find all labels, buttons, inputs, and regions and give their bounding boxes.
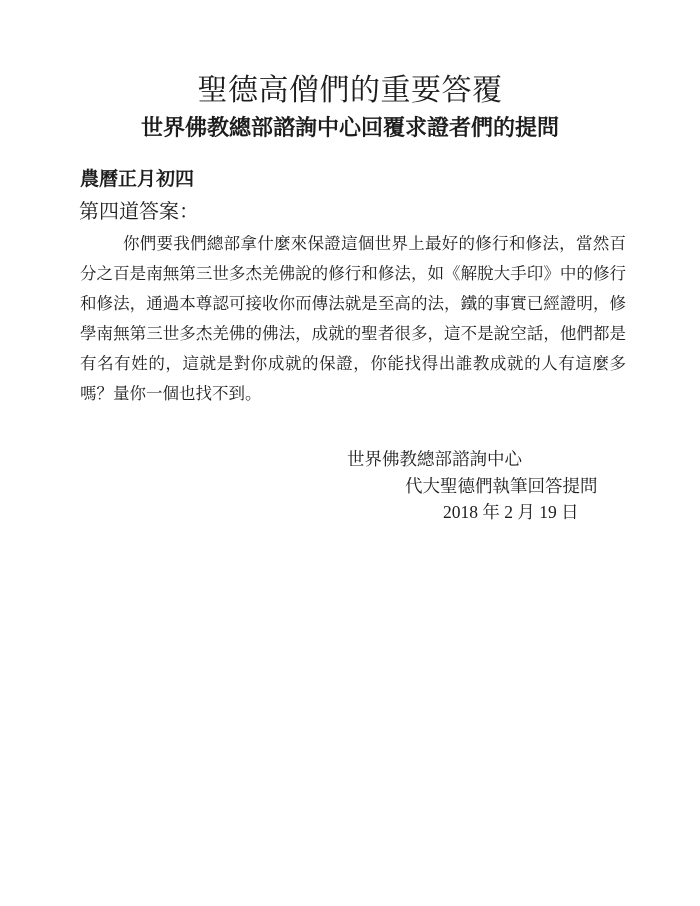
paragraph-line-1: 你們要我們總部拿什麼來保證這個世界上最好的修行和修法，當然百 <box>80 229 626 259</box>
document-page: 聖德高僧們的重要答覆 世界佛教總部諮詢中心回覆求證者們的提問 農曆正月初四 第四… <box>0 0 700 906</box>
signature-date: 2018 年 2 月 19 日 <box>443 500 579 524</box>
page-title: 聖德高僧們的重要答覆 <box>0 74 700 108</box>
signature-writer: 代大聖德們執筆回答提問 <box>405 474 598 498</box>
page-subtitle: 世界佛教總部諮詢中心回覆求證者們的提問 <box>0 115 700 141</box>
paragraph-line-3: 和修法，通過本尊認可接收你而傳法就是至高的法，鐵的事實已經證明，修 <box>80 289 626 319</box>
paragraph-line-5: 有名有姓的，這就是對你成就的保證，你能找得出誰教成就的人有這麼多 <box>80 349 626 379</box>
paragraph-line-6: 嗎？量你一個也找不到。 <box>80 379 626 409</box>
answer-number-label: 第四道答案： <box>79 200 199 225</box>
answer-paragraph: 你們要我們總部拿什麼來保證這個世界上最好的修行和修法，當然百 分之百是南無第三世… <box>80 229 626 409</box>
signature-organization: 世界佛教總部諮詢中心 <box>347 447 522 471</box>
paragraph-line-4: 學南無第三世多杰羌佛的佛法，成就的聖者很多，這不是說空話，他們都是 <box>80 319 626 349</box>
paragraph-line-2: 分之百是南無第三世多杰羌佛說的修行和修法，如《解脫大手印》中的修行 <box>80 259 626 289</box>
lunar-date-heading: 農曆正月初四 <box>80 168 194 192</box>
